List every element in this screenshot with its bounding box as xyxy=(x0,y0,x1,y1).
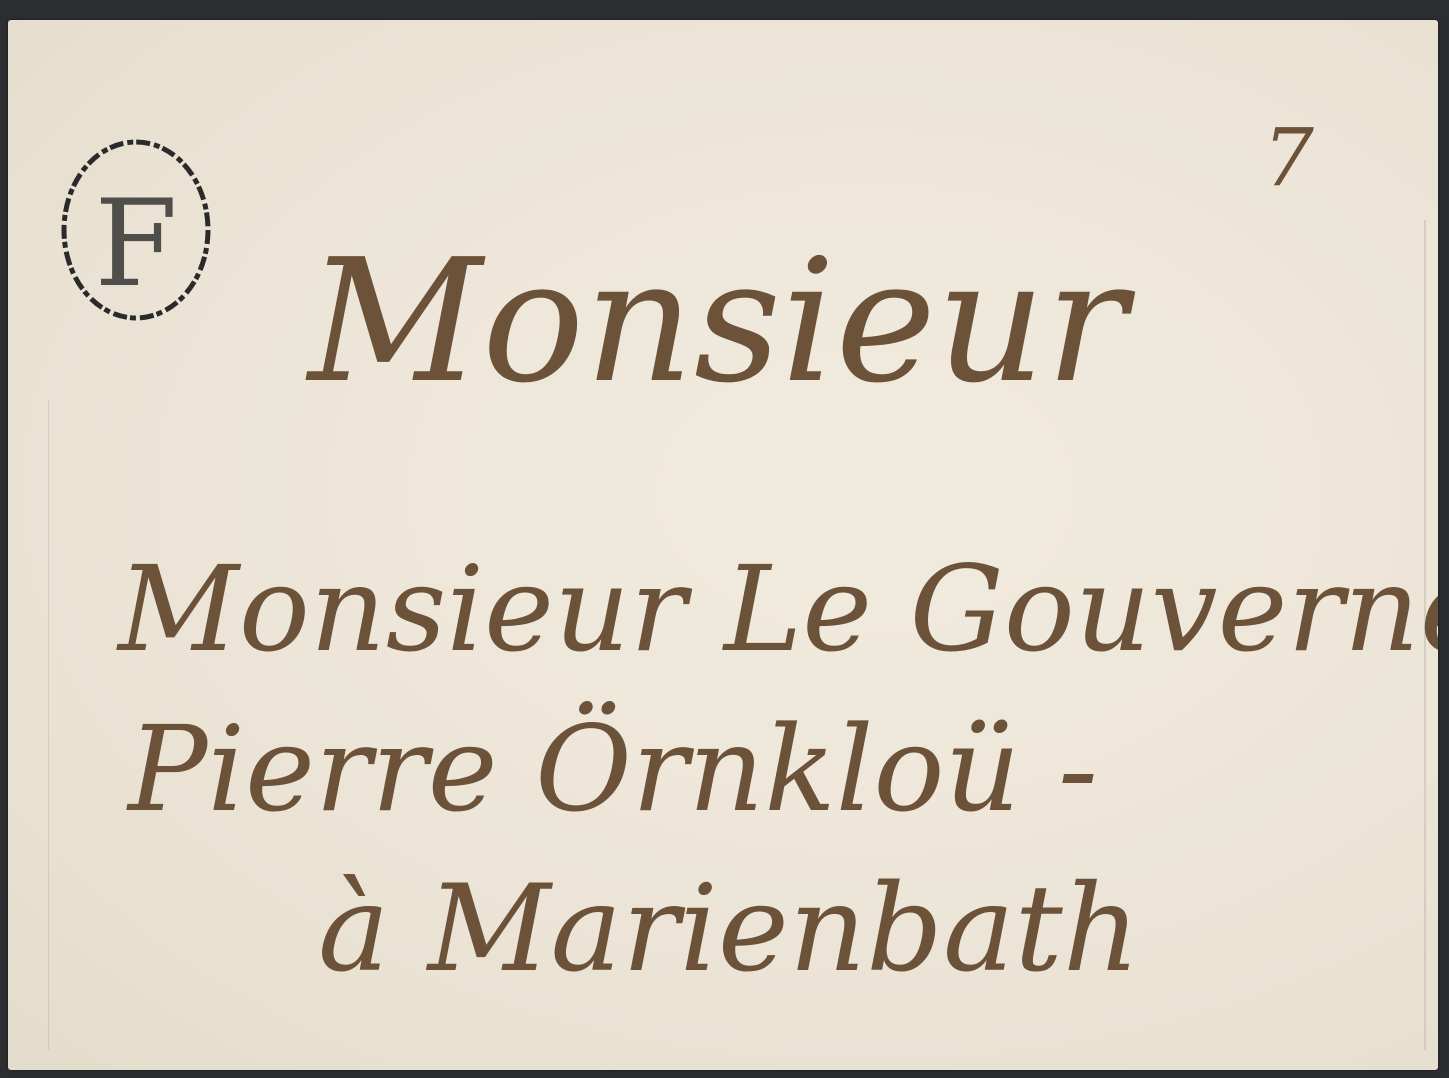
address-line-1: Monsieur xyxy=(305,223,1136,421)
letter-cover: F 7 Monsieur Monsieur Le Gouverneur Pier… xyxy=(8,20,1438,1070)
address-line-2: Monsieur Le Gouverneur xyxy=(116,540,1438,678)
rate-mark: 7 xyxy=(1263,111,1314,204)
address-line-4: à Marienbath xyxy=(318,860,1140,999)
address-line-3: Pierre Örnkloü - xyxy=(126,700,1098,838)
address-writing: 7 Monsieur Monsieur Le Gouverneur Pierre… xyxy=(8,20,1438,1070)
